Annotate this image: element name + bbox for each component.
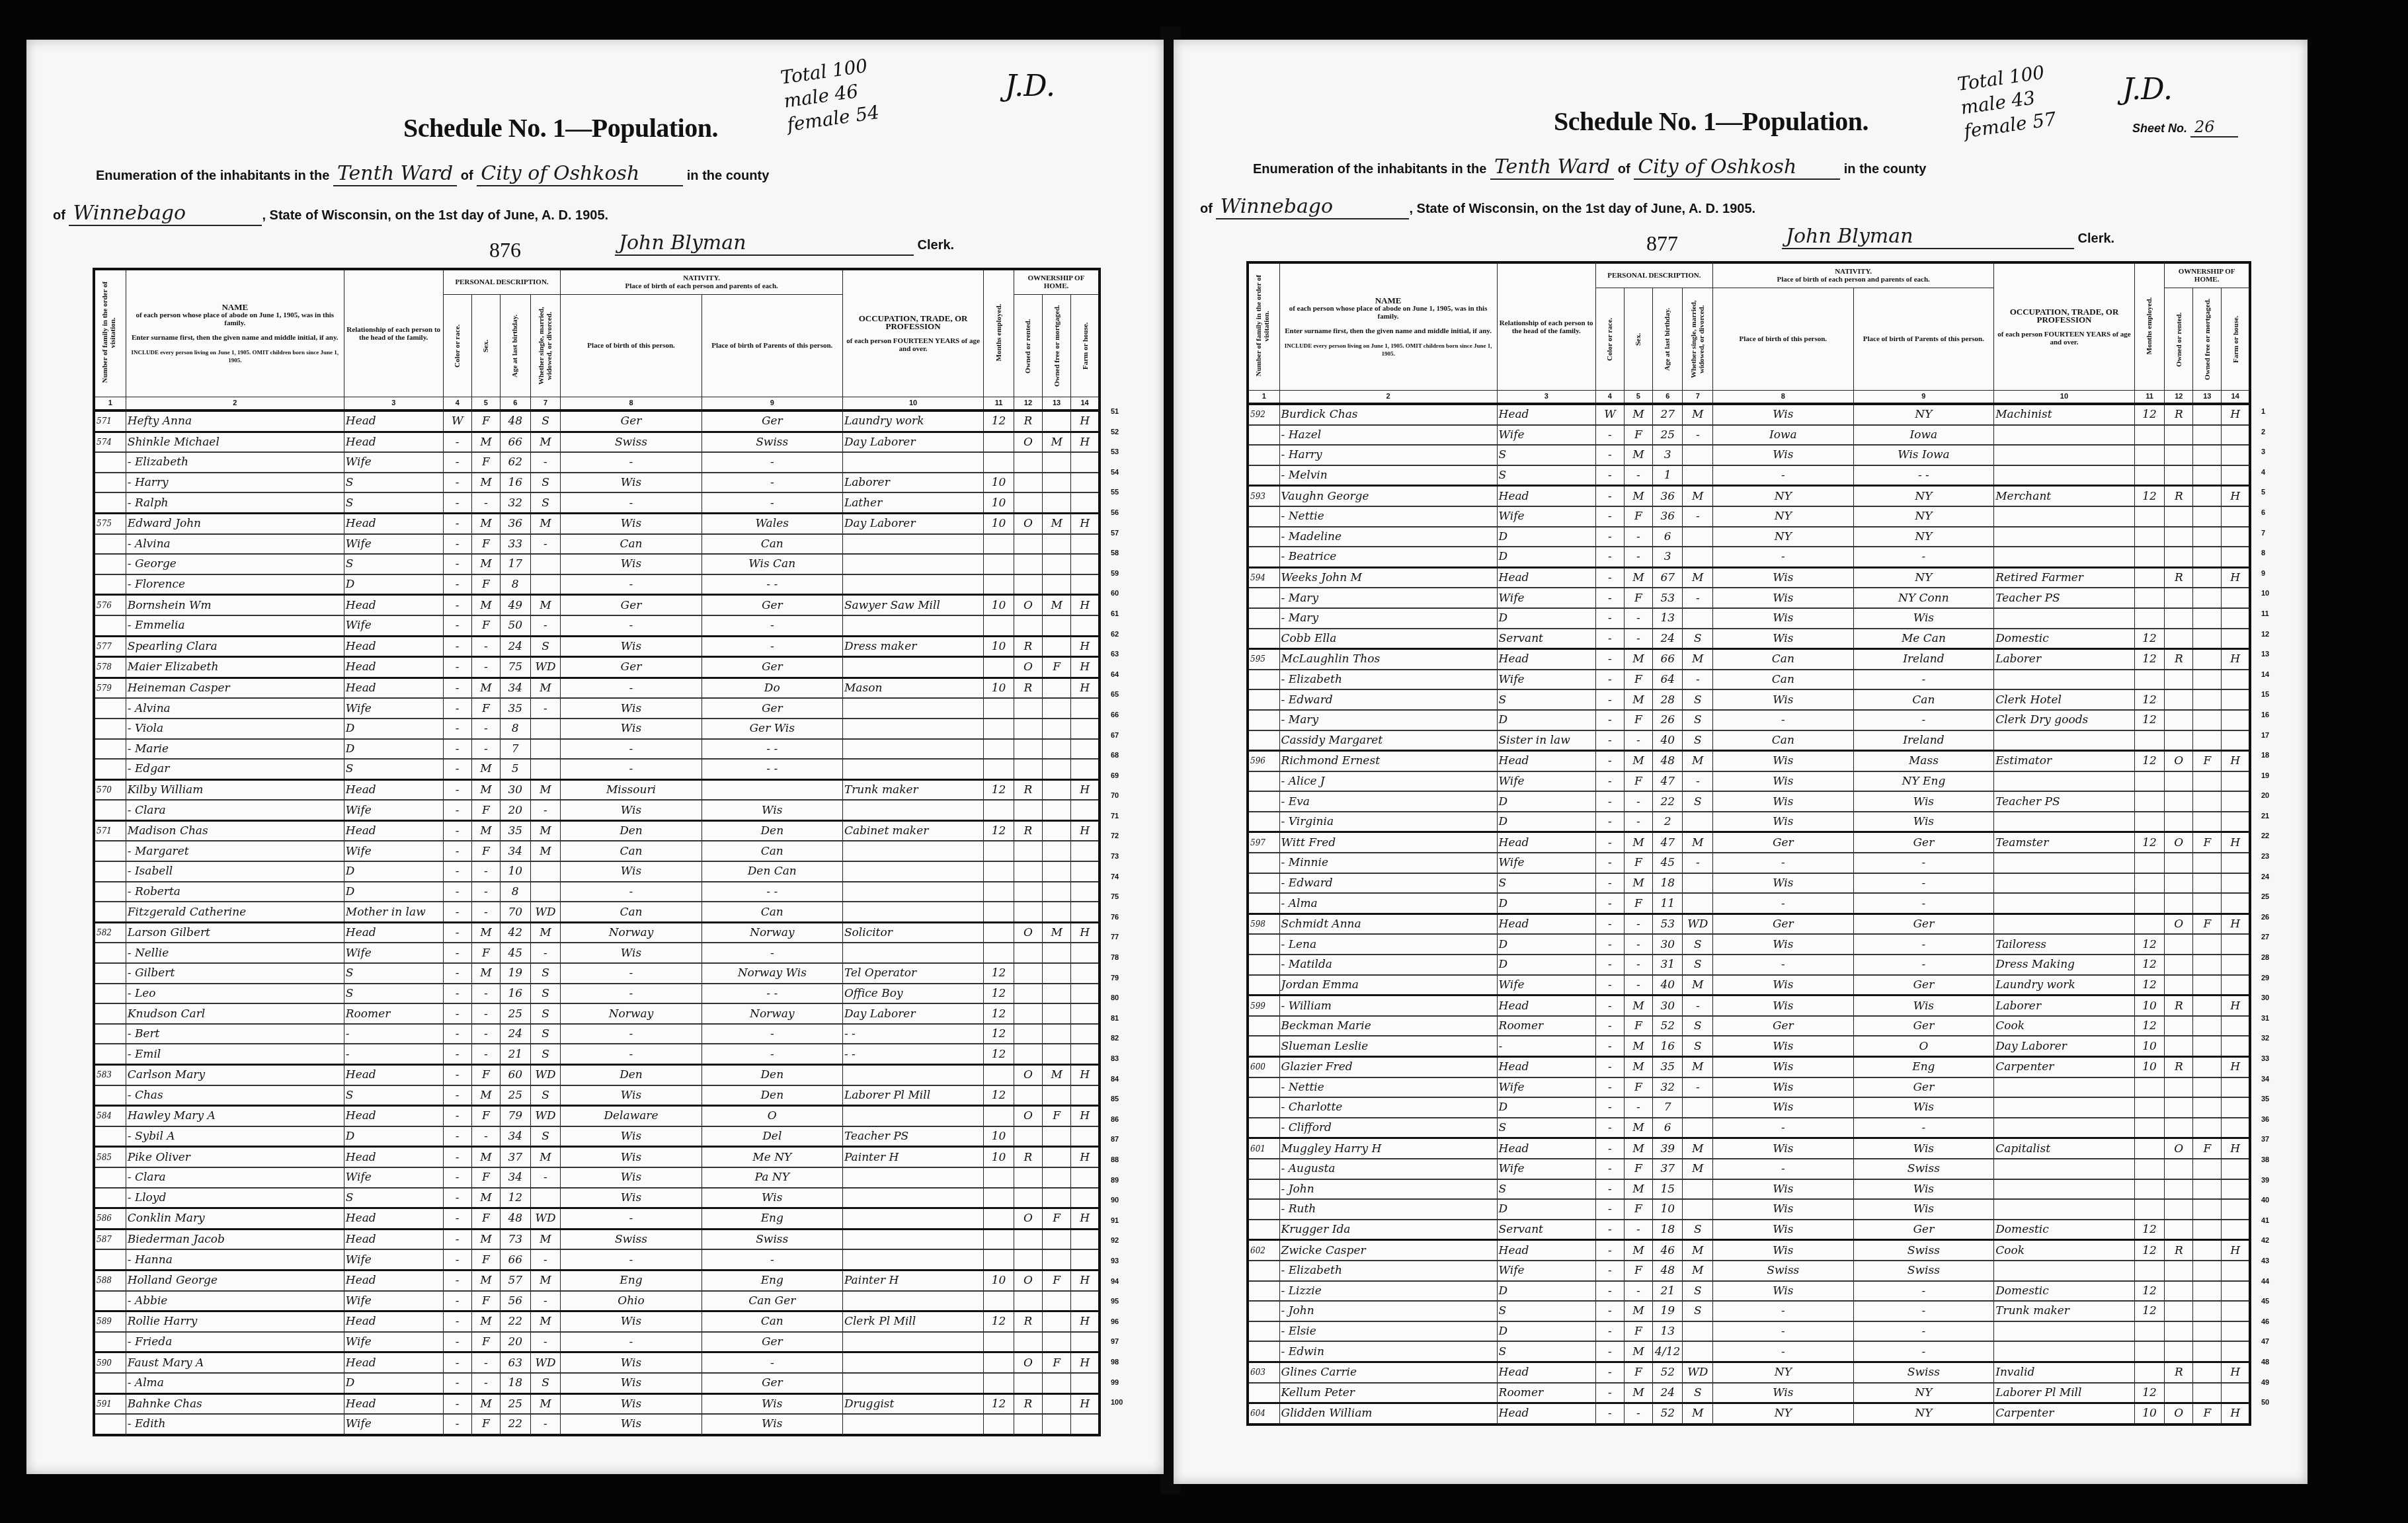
color: - [1595, 975, 1624, 996]
age: 22 [500, 1311, 530, 1332]
age: 26 [1652, 710, 1683, 730]
line-number: 97 [1111, 1332, 1123, 1352]
header-months: Months employed. [984, 269, 1014, 397]
line-number: 34 [2261, 1070, 2269, 1090]
months-employed [984, 902, 1014, 922]
table-row: - EdithWife-F22-WisWis [94, 1414, 1100, 1435]
parents-birthplace: Swiss [702, 432, 842, 452]
color: - [1595, 1281, 1624, 1302]
farm-house [1071, 1003, 1100, 1024]
farm-house: H [2222, 486, 2250, 506]
relationship: Head [344, 678, 443, 698]
age: 1 [1652, 465, 1683, 486]
conjugal-condition: S [1683, 710, 1713, 730]
farm-house [1071, 719, 1100, 739]
sex: M [1624, 1057, 1652, 1077]
conjugal-condition: S [530, 1373, 561, 1393]
person-name: - Mary [1279, 710, 1497, 730]
owned-rented [1014, 615, 1042, 636]
conjugal-condition: M [1683, 1403, 1713, 1425]
relationship: Wife [1497, 425, 1595, 446]
birthplace: Wis [1713, 1036, 1854, 1056]
color: - [443, 1311, 471, 1332]
parents-birthplace: Ger [1853, 832, 1994, 853]
line-number: 27 [2261, 927, 2269, 948]
occupation [842, 902, 983, 922]
dwelling-number [1248, 689, 1279, 710]
color: - [443, 1106, 471, 1126]
months-employed: 10 [984, 513, 1014, 533]
person-name: - Nellie [126, 943, 344, 963]
dwelling-number [94, 1249, 126, 1270]
relationship: S [344, 1188, 443, 1208]
conjugal-condition: - [1683, 996, 1713, 1016]
parents-birthplace: Do [702, 678, 842, 698]
dwelling-number: 586 [94, 1208, 126, 1230]
months-employed [2134, 791, 2165, 812]
months-employed [2134, 812, 2165, 832]
owned-free [1043, 1003, 1071, 1024]
parents-birthplace: NY [1853, 486, 1994, 506]
owned-free [2193, 1220, 2222, 1240]
parents-birthplace: Can Ger [702, 1291, 842, 1311]
age: 24 [500, 636, 530, 657]
color: - [443, 902, 471, 922]
parents-birthplace: Me NY [702, 1147, 842, 1167]
table-row: - GilbertS-M19S-Norway WisTel Operator12 [94, 963, 1100, 984]
birthplace: Ger [1713, 832, 1854, 853]
conjugal-condition [530, 1188, 561, 1208]
age: 21 [1652, 1281, 1683, 1302]
age: 2 [1652, 812, 1683, 832]
age: 10 [500, 861, 530, 882]
months-employed: 12 [984, 963, 1014, 984]
conjugal-condition [1683, 465, 1713, 486]
owned-rented [2165, 873, 2193, 894]
conjugal-condition: - [530, 800, 561, 820]
farm-house: H [1071, 820, 1100, 841]
birthplace: Wis [1713, 812, 1854, 832]
age: 62 [500, 452, 530, 473]
line-number: 22 [2261, 826, 2269, 847]
color: - [1595, 445, 1624, 465]
relationship: Wife [1497, 975, 1595, 996]
conjugal-condition: S [1683, 1016, 1713, 1036]
months-employed [2134, 465, 2165, 486]
occupation: Clerk Pl Mill [842, 1311, 983, 1332]
occupation: Laborer [1994, 996, 2135, 1016]
occupation: Sawyer Saw Mill [842, 595, 983, 615]
table-row: 590Faust Mary AHead--63WDWis-OFH [94, 1352, 1100, 1373]
parents-birthplace: - - [1853, 465, 1994, 486]
dwelling-number: 574 [94, 432, 126, 452]
owned-free [2193, 465, 2222, 486]
line-number: 65 [1111, 685, 1123, 705]
age: 16 [500, 984, 530, 1004]
dwelling-number: 583 [94, 1065, 126, 1085]
relationship: Head [344, 1311, 443, 1332]
header-color: Color or race. [443, 295, 471, 397]
header-occupation: OCCUPATION, TRADE, OR PROFESSIONof each … [842, 269, 983, 397]
occupation: Painter H [842, 1270, 983, 1290]
owned-rented [2165, 608, 2193, 629]
parents-birthplace: NY Eng [1853, 771, 1994, 792]
conjugal-condition: S [530, 1003, 561, 1024]
owned-rented [2165, 1118, 2193, 1138]
months-employed [2134, 567, 2165, 588]
months-employed: 12 [2134, 1240, 2165, 1261]
dwelling-number: 601 [1248, 1138, 1279, 1159]
age: 53 [1652, 588, 1683, 608]
occupation: Clerk Hotel [1994, 689, 2135, 710]
farm-house: H [1071, 1393, 1100, 1414]
months-employed: 12 [2134, 1220, 2165, 1240]
conjugal-condition: M [530, 1311, 561, 1332]
conjugal-condition: WD [530, 1352, 561, 1373]
parents-birthplace: Wis [1853, 1138, 1994, 1159]
owned-free [2193, 1179, 2222, 1200]
sex: - [1624, 791, 1652, 812]
relationship: Wife [344, 800, 443, 820]
person-name: Fitzgerald Catherine [126, 902, 344, 922]
parents-birthplace: NY [1853, 1383, 1994, 1403]
birthplace: Wis [561, 698, 702, 719]
relationship: - [1497, 1036, 1595, 1056]
county-line: of Winnebago, State of Wisconsin, on the… [53, 202, 608, 226]
line-number: 44 [2261, 1272, 2269, 1292]
dwelling-number [1248, 1036, 1279, 1056]
owned-free [1043, 759, 1071, 779]
farm-house: H [1071, 678, 1100, 698]
age: 70 [500, 902, 530, 922]
parents-birthplace: Can [1853, 689, 1994, 710]
relationship: Head [344, 1393, 443, 1414]
line-number: 71 [1111, 806, 1123, 827]
parents-birthplace: - [1853, 547, 1994, 567]
parents-birthplace: Wis [1853, 996, 1994, 1016]
birthplace: Wis [1713, 1383, 1854, 1403]
line-number: 87 [1111, 1130, 1123, 1150]
conjugal-condition [1683, 1321, 1713, 1342]
birthplace: Norway [561, 922, 702, 943]
farm-house [2222, 1077, 2250, 1098]
table-row: - Alice JWife-F47-WisNY Eng [1248, 771, 2250, 792]
person-name: Hefty Anna [126, 410, 344, 432]
owned-free [2193, 1097, 2222, 1118]
farm-house: H [2222, 751, 2250, 771]
color: - [1595, 996, 1624, 1016]
person-name: - Elsie [1279, 1321, 1497, 1342]
sex: F [1624, 893, 1652, 914]
color: - [1595, 832, 1624, 853]
relationship: S [344, 492, 443, 513]
parents-birthplace: - - [702, 759, 842, 779]
birthplace: NY [1713, 486, 1854, 506]
person-name: Carlson Mary [126, 1065, 344, 1085]
months-employed: 12 [2134, 934, 2165, 955]
owned-free [1043, 473, 1071, 493]
color: - [1595, 506, 1624, 527]
color: - [1595, 486, 1624, 506]
occupation: Lather [842, 492, 983, 513]
parents-birthplace: Ger Wis [702, 719, 842, 739]
age: 46 [1652, 1240, 1683, 1261]
birthplace: Iowa [1713, 425, 1854, 446]
owned-free [2193, 1261, 2222, 1281]
parents-birthplace: - [1853, 934, 1994, 955]
farm-house [2222, 670, 2250, 690]
relationship: Wife [344, 1414, 443, 1435]
relationship: Head [344, 636, 443, 657]
age: 34 [500, 841, 530, 861]
parents-birthplace: Wis [1853, 608, 1994, 629]
person-name: - Sybil A [126, 1126, 344, 1147]
header-nativity: NATIVITY.Place of birth of each person a… [561, 269, 843, 295]
person-name: - Clara [126, 800, 344, 820]
farm-house [1071, 1332, 1100, 1352]
relationship: D [1497, 893, 1595, 914]
owned-rented [1014, 1044, 1042, 1064]
age: 27 [1652, 404, 1683, 425]
occupation [842, 759, 983, 779]
conjugal-condition: M [530, 595, 561, 615]
relationship: D [1497, 1281, 1595, 1302]
sex: F [1624, 425, 1652, 446]
table-row: Kellum PeterRoomer-M24SWisNYLaborer Pl M… [1248, 1383, 2250, 1403]
occupation: Cabinet maker [842, 820, 983, 841]
age: 60 [500, 1065, 530, 1085]
table-row: - MarieD--7-- - [94, 739, 1100, 760]
owned-rented [1014, 943, 1042, 963]
owned-rented [2165, 1077, 2193, 1098]
sex: M [1624, 404, 1652, 425]
table-row: - CharlotteD--7WisWis [1248, 1097, 2250, 1118]
line-number: 57 [1111, 524, 1123, 544]
sex: M [471, 922, 500, 943]
table-row: 578Maier ElizabethHead--75WDGerGerOFH [94, 657, 1100, 678]
farm-house: H [1071, 410, 1100, 432]
person-name: - Clifford [1279, 1118, 1497, 1138]
relationship: D [1497, 527, 1595, 547]
months-employed [984, 1414, 1014, 1435]
birthplace: - [561, 678, 702, 698]
conjugal-condition [530, 719, 561, 739]
owned-rented [2165, 730, 2193, 751]
owned-rented: O [2165, 751, 2193, 771]
dwelling-number: 593 [1248, 486, 1279, 506]
occupation: Cook [1994, 1240, 2135, 1261]
margin-tally: Total 100 male 46 female 54 [779, 54, 881, 137]
conjugal-condition: S [530, 410, 561, 432]
table-row: - Bert---24S--- -12 [94, 1024, 1100, 1044]
sex: F [471, 1106, 500, 1126]
color: W [443, 410, 471, 432]
age: 37 [1652, 1159, 1683, 1179]
dwelling-number [1248, 1220, 1279, 1240]
header-dwelling: Number of family in the order of visitat… [1248, 262, 1279, 391]
person-name: Glines Carrie [1279, 1362, 1497, 1382]
conjugal-condition: WD [530, 1208, 561, 1230]
owned-free: F [1043, 1106, 1071, 1126]
dwelling-number: 584 [94, 1106, 126, 1126]
parents-birthplace: - [1853, 893, 1994, 914]
person-name: Cobb Ella [1279, 629, 1497, 649]
person-name: Rollie Harry [126, 1311, 344, 1332]
owned-free [1043, 1188, 1071, 1208]
occupation [842, 861, 983, 882]
line-number: 67 [1111, 726, 1123, 746]
person-name: - Augusta [1279, 1159, 1497, 1179]
conjugal-condition [530, 739, 561, 760]
color: - [443, 492, 471, 513]
table-row: 570Kilby WilliamHead-M30MMissouriTrunk m… [94, 779, 1100, 800]
occupation [1994, 893, 2135, 914]
birthplace: - [561, 615, 702, 636]
months-employed [2134, 445, 2165, 465]
owned-free [2193, 771, 2222, 792]
months-employed [984, 432, 1014, 452]
person-name: - Nettie [1279, 1077, 1497, 1098]
dwelling-number [1248, 1118, 1279, 1138]
birthplace: Wis [561, 943, 702, 963]
sex: M [1624, 1301, 1652, 1321]
age: 21 [500, 1044, 530, 1064]
age: 22 [500, 1414, 530, 1435]
relationship: Head [344, 513, 443, 533]
color: - [443, 574, 471, 595]
relationship: D [1497, 934, 1595, 955]
table-row: 584Hawley Mary AHead-F79WDDelawareOOFH [94, 1106, 1100, 1126]
owned-free [1043, 779, 1071, 800]
relationship: Head [344, 1065, 443, 1085]
owned-rented: R [1014, 410, 1042, 432]
farm-house [2222, 1301, 2250, 1321]
conjugal-condition: WD [1683, 1362, 1713, 1382]
table-row: - AlmaD--18SWisGer [94, 1373, 1100, 1393]
sex: M [1624, 567, 1652, 588]
owned-free [1043, 963, 1071, 984]
birthplace: Ger [1713, 914, 1854, 934]
dwelling-number [94, 943, 126, 963]
owned-free [1043, 554, 1071, 574]
parents-birthplace: Wis [702, 1188, 842, 1208]
line-number: 11 [2261, 604, 2269, 625]
owned-free [2193, 608, 2222, 629]
owned-rented: O [1014, 657, 1042, 678]
parents-birthplace: - [1853, 873, 1994, 894]
line-number: 2 [2261, 422, 2269, 443]
sex: M [1624, 996, 1652, 1016]
owned-rented: O [1014, 595, 1042, 615]
color: - [1595, 1403, 1624, 1425]
column-number: 9 [1853, 391, 1994, 405]
color: - [1595, 1362, 1624, 1382]
parents-birthplace: Ger [1853, 975, 1994, 996]
table-row: 586Conklin MaryHead-F48WD-EngOFH [94, 1208, 1100, 1230]
relationship: Wife [1497, 1159, 1595, 1179]
owned-rented: R [1014, 678, 1042, 698]
conjugal-condition [530, 759, 561, 779]
occupation: Invalid [1994, 1362, 2135, 1382]
dwelling-number [94, 473, 126, 493]
line-number: 52 [1111, 422, 1123, 443]
line-number: 88 [1111, 1150, 1123, 1171]
parents-birthplace: Wis [1853, 791, 1994, 812]
parents-birthplace: - [1853, 1321, 1994, 1342]
occupation: Tel Operator [842, 963, 983, 984]
color: - [1595, 1118, 1624, 1138]
farm-house [2222, 1321, 2250, 1342]
relationship: Wife [344, 615, 443, 636]
relationship: S [344, 759, 443, 779]
owned-rented [2165, 1383, 2193, 1403]
age: 16 [1652, 1036, 1683, 1056]
line-number: 63 [1111, 644, 1123, 665]
table-row: - EdwinS-M4/12-- [1248, 1341, 2250, 1362]
relationship: Head [344, 410, 443, 432]
header-pob-parents: Place of birth of Parents of this person… [702, 295, 842, 397]
color: - [1595, 649, 1624, 670]
owned-free: F [1043, 1208, 1071, 1230]
relationship: Servant [1497, 629, 1595, 649]
sex: - [471, 719, 500, 739]
header-months: Months employed. [2134, 262, 2165, 391]
birthplace: Den [561, 1065, 702, 1085]
farm-house [1071, 1044, 1100, 1064]
table-row: - EvaD--22SWisWisTeacher PS [1248, 791, 2250, 812]
sex: M [471, 1085, 500, 1106]
owned-free [1043, 1126, 1071, 1147]
age: 56 [500, 1291, 530, 1311]
age: 37 [500, 1147, 530, 1167]
owned-free [1043, 861, 1071, 882]
conjugal-condition: - [530, 1249, 561, 1270]
relationship: Head [344, 1147, 443, 1167]
months-employed: 12 [2134, 629, 2165, 649]
line-number: 85 [1111, 1089, 1123, 1110]
color: - [1595, 689, 1624, 710]
owned-free [2193, 1036, 2222, 1056]
age: 73 [500, 1229, 530, 1249]
relationship: D [1497, 1321, 1595, 1342]
relationship: S [1497, 873, 1595, 894]
table-row: - HarryS-M3WisWis Iowa [1248, 445, 2250, 465]
table-row: - HannaWife-F66--- [94, 1249, 1100, 1270]
dwelling-number [94, 882, 126, 902]
occupation: Laborer [1994, 649, 2135, 670]
owned-rented [2165, 1341, 2193, 1362]
age: 11 [1652, 893, 1683, 914]
color: - [443, 984, 471, 1004]
sex: M [471, 1311, 500, 1332]
owned-free [1043, 719, 1071, 739]
occupation: - - [842, 1024, 983, 1044]
owned-rented [2165, 527, 2193, 547]
parents-birthplace: O [702, 1106, 842, 1126]
farm-house [2222, 1118, 2250, 1138]
relationship: Wife [344, 698, 443, 719]
farm-house [2222, 1016, 2250, 1036]
color: - [443, 1167, 471, 1188]
months-employed [984, 534, 1014, 555]
conjugal-condition [530, 554, 561, 574]
color: - [1595, 1016, 1624, 1036]
person-name: - Elizabeth [1279, 670, 1497, 690]
line-number: 35 [2261, 1089, 2269, 1110]
color: - [1595, 955, 1624, 975]
owned-free [1043, 615, 1071, 636]
relationship: - [344, 1044, 443, 1064]
